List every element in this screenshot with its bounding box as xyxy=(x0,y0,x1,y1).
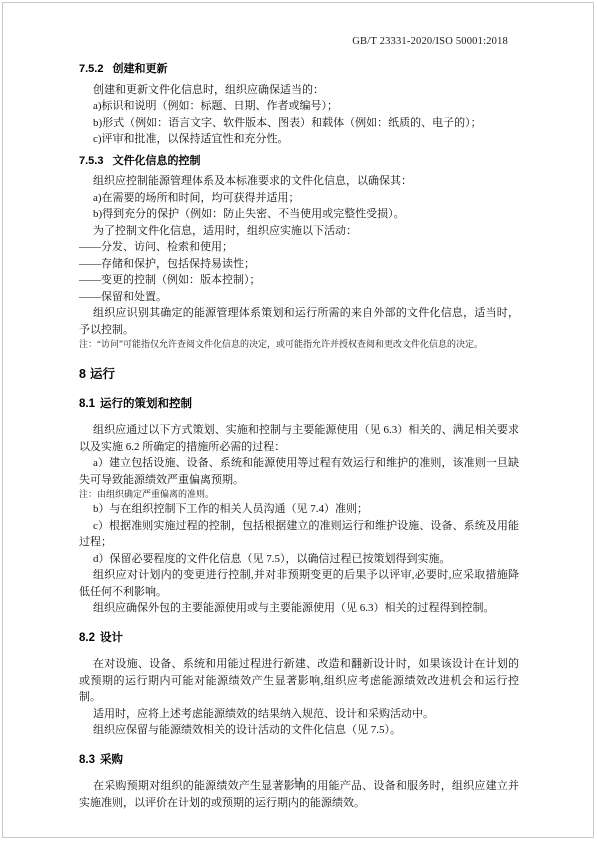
section-title: 创建和更新 xyxy=(112,63,167,75)
note: 注：由组织确定严重偏离的准则。 xyxy=(79,488,519,501)
section-number: 8.1 xyxy=(79,396,95,413)
section-number: 8 xyxy=(79,366,86,383)
page-number: 11 xyxy=(3,777,593,787)
list-item-lettered: a)在需要的场所和时间，均可获得并适用； xyxy=(79,190,519,207)
section-title: 采购 xyxy=(100,754,123,766)
section-title: 运行 xyxy=(90,367,115,381)
standard-number-header: GB/T 23331-2020/ISO 50001:2018 xyxy=(3,36,508,47)
list-item-dash: ——保留和处置。 xyxy=(79,289,519,306)
document-content: 7.5.2创建和更新创建和更新文件化信息时，组织应确保适当的：a)标识和说明（例… xyxy=(79,61,519,811)
paragraph: 组织应通过以下方式策划、实施和控制与主要能源使用（见 6.3）相关的、满足相关要… xyxy=(79,422,519,455)
section-number: 8.2 xyxy=(79,630,95,647)
paragraph: 适用时，应将上述考虑能源绩效的结果纳入规范、设计和采购活动中。 xyxy=(79,706,519,723)
list-item-dash: ——变更的控制（例如：版本控制）； xyxy=(79,272,519,289)
list-item-lettered: a)标识和说明（例如：标题、日期、作者或编号）； xyxy=(79,98,519,115)
section-8: 8运行 xyxy=(79,366,519,383)
list-item-lettered: c）根据准则实施过程的控制，包括根据建立的准则运行和维护设施、设备、系统及用能过… xyxy=(79,518,519,551)
paragraph: 组织应控制能源管理体系及本标准要求的文件化信息，以确保其： xyxy=(79,173,519,190)
paragraph: 为了控制文件化信息，适用时，组织应实施以下活动： xyxy=(79,223,519,240)
section-7.5.2: 7.5.2创建和更新创建和更新文件化信息时，组织应确保适当的：a)标识和说明（例… xyxy=(79,61,519,148)
paragraph: 组织应识别其确定的能源管理体系策划和运行所需的来自外部的文件化信息，适当时，予以… xyxy=(79,305,519,338)
paragraph: 组织应确保外包的主要能源使用或与主要能源使用（见 6.3）相关的过程得到控制。 xyxy=(79,600,519,617)
document-page: GB/T 23331-2020/ISO 50001:2018 7.5.2创建和更… xyxy=(2,2,594,838)
list-item-dash: ——存储和保护，包括保持易读性； xyxy=(79,256,519,273)
section-number: 8.3 xyxy=(79,752,95,769)
section-8.1: 8.1运行的策划和控制组织应通过以下方式策划、实施和控制与主要能源使用（见 6.… xyxy=(79,396,519,617)
section-heading: 8.2设计 xyxy=(79,630,519,647)
section-heading: 8运行 xyxy=(79,366,519,383)
section-heading: 8.1运行的策划和控制 xyxy=(79,396,519,413)
section-heading: 7.5.3文件化信息的控制 xyxy=(79,153,519,170)
paragraph: 在对设施、设备、系统和用能过程进行新建、改造和翻新设计时，如果该设计在计划的或预… xyxy=(79,656,519,706)
list-item-lettered: d）保留必要程度的文件化信息（见 7.5），以确信过程已按策划得到实施。 xyxy=(79,551,519,568)
section-7.5.3: 7.5.3文件化信息的控制组织应控制能源管理体系及本标准要求的文件化信息，以确保… xyxy=(79,153,519,352)
list-item-lettered: a）建立包括设施、设备、系统和能源使用等过程有效运行和维护的准则，该准则一旦缺失… xyxy=(79,455,519,488)
section-heading: 8.3采购 xyxy=(79,752,519,769)
list-item-lettered: b)得到充分的保护（例如：防止失密、不当使用或完整性受损）。 xyxy=(79,206,519,223)
section-number: 7.5.2 xyxy=(79,61,103,78)
paragraph: 组织应保留与能源绩效相关的设计活动的文件化信息（见 7.5）。 xyxy=(79,722,519,739)
note: 注：“访问”可能指仅允许查阅文件化信息的决定，或可能指允许并授权查阅和更改文件化… xyxy=(79,338,519,351)
section-title: 文件化信息的控制 xyxy=(112,155,200,167)
section-heading: 7.5.2创建和更新 xyxy=(79,61,519,78)
list-item-lettered: b）与在组织控制下工作的相关人员沟通（见 7.4）准则； xyxy=(79,501,519,518)
section-title: 运行的策划和控制 xyxy=(100,398,192,410)
list-item-lettered: c)评审和批准，以保持适宜性和充分性。 xyxy=(79,131,519,148)
list-item-dash: ——分发、访问、检索和使用； xyxy=(79,239,519,256)
paragraph: 组织应对计划内的变更进行控制,并对非预期变更的后果予以评审,必要时,应采取措施降… xyxy=(79,567,519,600)
section-title: 设计 xyxy=(100,632,123,644)
section-8.2: 8.2设计在对设施、设备、系统和用能过程进行新建、改造和翻新设计时，如果该设计在… xyxy=(79,630,519,739)
paragraph: 创建和更新文件化信息时，组织应确保适当的： xyxy=(79,82,519,99)
list-item-lettered: b)形式（例如：语言文字、软件版本、图表）和载体（例如：纸质的、电子的）； xyxy=(79,115,519,132)
section-number: 7.5.3 xyxy=(79,153,103,170)
